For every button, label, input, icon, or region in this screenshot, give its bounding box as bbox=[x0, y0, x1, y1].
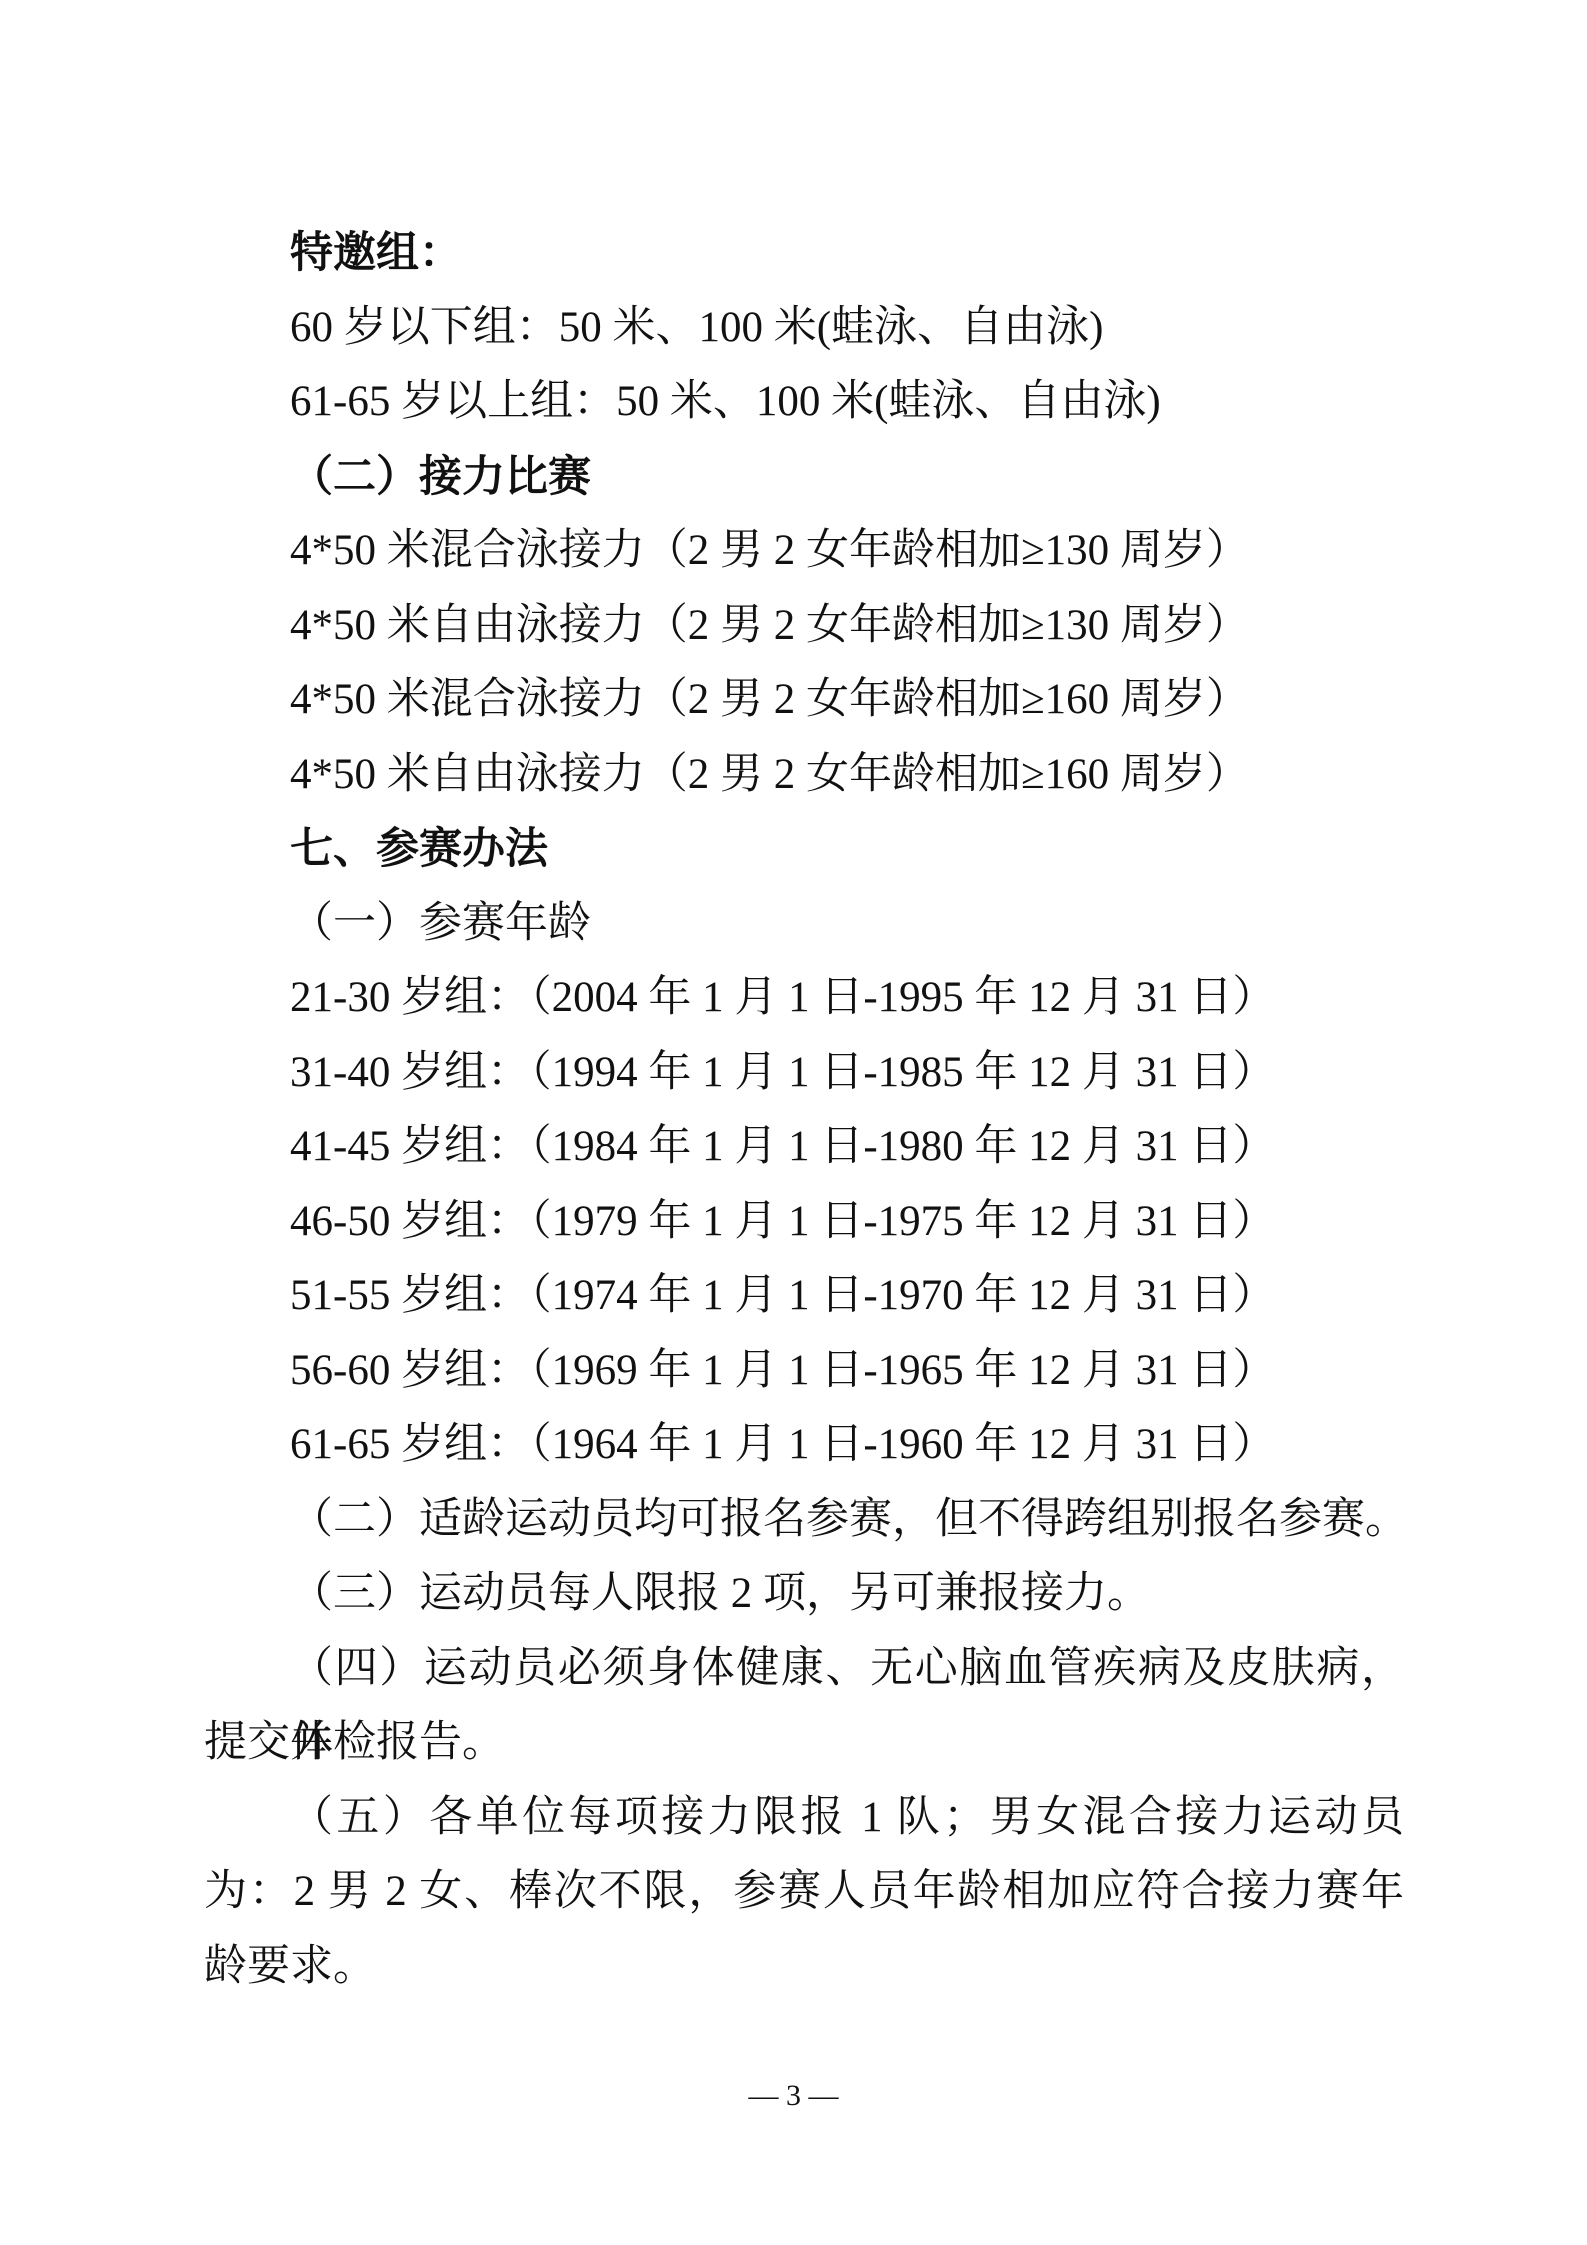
rule-item-4-line-1: （四）运动员必须身体健康、无心脑血管疾病及皮肤病，并 bbox=[204, 1632, 1404, 1707]
age-group-46-50: 46-50 岁组：（1979 年 1 月 1 日-1975 年 12 月 31 … bbox=[204, 1185, 1404, 1260]
rule-item-3: （三）运动员每人限报 2 项，另可兼报接力。 bbox=[204, 1557, 1404, 1632]
rule-item-5-line-1: （五）各单位每项接力限报 1 队；男女混合接力运动员 bbox=[204, 1781, 1404, 1856]
heading-special-invited-group: 特邀组： bbox=[204, 216, 1404, 291]
age-group-31-40: 31-40 岁组：（1994 年 1 月 1 日-1985 年 12 月 31 … bbox=[204, 1036, 1404, 1111]
event-line-age-61-65: 61-65 岁以上组：50 米、100 米(蛙泳、自由泳) bbox=[204, 365, 1404, 440]
age-group-56-60: 56-60 岁组：（1969 年 1 月 1 日-1965 年 12 月 31 … bbox=[204, 1334, 1404, 1409]
page-number: — 3 — bbox=[0, 2080, 1587, 2112]
rule-item-4-line-2: 提交体检报告。 bbox=[204, 1706, 1404, 1781]
document-body: 特邀组： 60 岁以下组：50 米、100 米(蛙泳、自由泳) 61-65 岁以… bbox=[204, 216, 1404, 2004]
relay-event-medley-130: 4*50 米混合泳接力（2 男 2 女年龄相加≥130 周岁） bbox=[204, 514, 1404, 589]
heading-relay-competition: （二）接力比赛 bbox=[204, 440, 1404, 515]
heading-section-seven-participation-method: 七、参赛办法 bbox=[204, 812, 1404, 887]
rule-item-2: （二）适龄运动员均可报名参赛，但不得跨组别报名参赛。 bbox=[204, 1483, 1404, 1558]
relay-event-freestyle-130: 4*50 米自由泳接力（2 男 2 女年龄相加≥130 周岁） bbox=[204, 589, 1404, 664]
age-group-61-65: 61-65 岁组：（1964 年 1 月 1 日-1960 年 12 月 31 … bbox=[204, 1408, 1404, 1483]
event-line-age-under-60: 60 岁以下组：50 米、100 米(蛙泳、自由泳) bbox=[204, 291, 1404, 366]
age-group-51-55: 51-55 岁组：（1974 年 1 月 1 日-1970 年 12 月 31 … bbox=[204, 1259, 1404, 1334]
rule-item-5-line-2: 为：2 男 2 女、棒次不限，参赛人员年龄相加应符合接力赛年 bbox=[204, 1855, 1404, 1930]
age-group-21-30: 21-30 岁组：（2004 年 1 月 1 日-1995 年 12 月 31 … bbox=[204, 961, 1404, 1036]
relay-event-freestyle-160: 4*50 米自由泳接力（2 男 2 女年龄相加≥160 周岁） bbox=[204, 738, 1404, 813]
document-page: 特邀组： 60 岁以下组：50 米、100 米(蛙泳、自由泳) 61-65 岁以… bbox=[0, 0, 1587, 2245]
age-group-41-45: 41-45 岁组：（1984 年 1 月 1 日-1980 年 12 月 31 … bbox=[204, 1110, 1404, 1185]
relay-event-medley-160: 4*50 米混合泳接力（2 男 2 女年龄相加≥160 周岁） bbox=[204, 663, 1404, 738]
subheading-participation-age: （一）参赛年龄 bbox=[204, 887, 1404, 962]
rule-item-5-line-3: 龄要求。 bbox=[204, 1930, 1404, 2005]
